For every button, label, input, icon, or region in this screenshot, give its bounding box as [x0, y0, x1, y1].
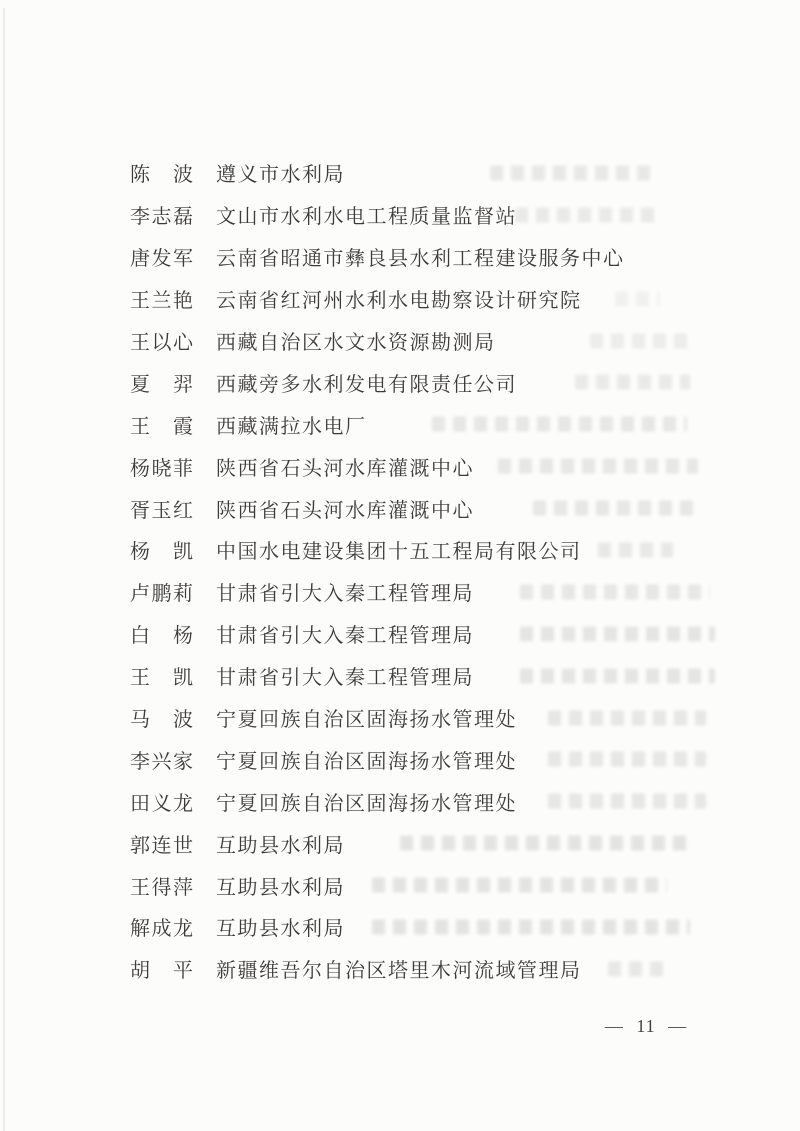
organization-name: 西藏满拉水电厂 — [216, 410, 367, 439]
roster-row: 李兴家 宁夏回族自治区固海扬水管理处 — [0, 738, 800, 780]
organization-name: 互助县水利局 — [216, 829, 345, 858]
organization-name: 陕西省石头河水库灌溉中心 — [216, 494, 474, 523]
award-roster-list: 陈 波 遵义市水利局 李志磊 文山市水利水电工程质量监督站 唐发军 云南省昭通市… — [0, 152, 800, 990]
bleedthrough-artifact — [598, 542, 673, 557]
bleedthrough-artifact — [520, 584, 710, 599]
roster-row: 解成龙 互助县水利局 — [0, 906, 800, 948]
organization-name: 甘肃省引大入秦工程管理局 — [216, 661, 474, 690]
bleedthrough-artifact — [575, 375, 690, 390]
document-page: 陈 波 遵义市水利局 李志磊 文山市水利水电工程质量监督站 唐发军 云南省昭通市… — [0, 0, 800, 1131]
roster-row: 王 凯 甘肃省引大入秦工程管理局 — [0, 655, 800, 697]
roster-row: 李志磊 文山市水利水电工程质量监督站 — [0, 194, 800, 236]
person-name: 胥玉红 — [130, 494, 199, 523]
person-name: 李兴家 — [130, 745, 199, 774]
roster-row: 胥玉红 陕西省石头河水库灌溉中心 — [0, 487, 800, 529]
organization-name: 宁夏回族自治区固海扬水管理处 — [216, 745, 517, 774]
organization-name: 新疆维吾尔自治区塔里木河流域管理局 — [216, 954, 582, 983]
organization-name: 云南省红河州水利水电勘察设计研究院 — [216, 284, 582, 313]
person-name: 王 凯 — [130, 661, 199, 690]
bleedthrough-artifact — [432, 417, 687, 432]
roster-row: 白 杨 甘肃省引大入秦工程管理局 — [0, 613, 800, 655]
person-name: 王得萍 — [130, 871, 199, 900]
bleedthrough-artifact — [515, 207, 660, 222]
roster-row: 王得萍 互助县水利局 — [0, 864, 800, 906]
page-number: — 11 — — [598, 1016, 694, 1037]
bleedthrough-artifact — [590, 333, 690, 348]
bleedthrough-artifact — [533, 501, 698, 516]
person-name: 田义龙 — [130, 787, 199, 816]
person-name: 陈 波 — [130, 158, 199, 187]
person-name: 王 霞 — [130, 410, 199, 439]
person-name: 李志磊 — [130, 200, 199, 229]
person-name: 唐发军 — [130, 242, 199, 271]
roster-row: 胡 平 新疆维吾尔自治区塔里木河流域管理局 — [0, 948, 800, 990]
person-name: 卢鹏莉 — [130, 577, 199, 606]
person-name: 王以心 — [130, 326, 199, 355]
bleedthrough-artifact — [498, 459, 698, 474]
roster-row: 王 霞 西藏满拉水电厂 — [0, 403, 800, 445]
person-name: 胡 平 — [130, 954, 199, 983]
person-name: 杨晓菲 — [130, 452, 199, 481]
organization-name: 陕西省石头河水库灌溉中心 — [216, 452, 474, 481]
organization-name: 宁夏回族自治区固海扬水管理处 — [216, 703, 517, 732]
bleedthrough-artifact — [548, 752, 706, 767]
person-name: 郭连世 — [130, 829, 199, 858]
person-name: 王兰艳 — [130, 284, 199, 313]
roster-row: 郭连世 互助县水利局 — [0, 822, 800, 864]
person-name: 解成龙 — [130, 912, 199, 941]
person-name: 夏 羿 — [130, 368, 199, 397]
roster-row: 王以心 西藏自治区水文水资源勘测局 — [0, 320, 800, 362]
organization-name: 中国水电建设集团十五工程局有限公司 — [216, 535, 582, 564]
organization-name: 文山市水利水电工程质量监督站 — [216, 200, 517, 229]
roster-row: 王兰艳 云南省红河州水利水电勘察设计研究院 — [0, 278, 800, 320]
bleedthrough-artifact — [548, 794, 706, 809]
bleedthrough-artifact — [548, 710, 706, 725]
roster-row: 陈 波 遵义市水利局 — [0, 152, 800, 194]
organization-name: 宁夏回族自治区固海扬水管理处 — [216, 787, 517, 816]
bleedthrough-artifact — [608, 961, 670, 976]
roster-row: 马 波 宁夏回族自治区固海扬水管理处 — [0, 697, 800, 739]
person-name: 马 波 — [130, 703, 199, 732]
organization-name: 云南省昭通市彝良县水利工程建设服务中心 — [216, 242, 625, 271]
bleedthrough-artifact — [490, 165, 655, 180]
bleedthrough-artifact — [615, 291, 660, 306]
person-name: 白 杨 — [130, 619, 199, 648]
organization-name: 遵义市水利局 — [216, 158, 345, 187]
organization-name: 互助县水利局 — [216, 912, 345, 941]
bleedthrough-artifact — [372, 878, 667, 893]
bleedthrough-artifact — [400, 836, 690, 851]
bleedthrough-artifact — [520, 668, 715, 683]
roster-row: 田义龙 宁夏回族自治区固海扬水管理处 — [0, 780, 800, 822]
bleedthrough-artifact — [372, 919, 690, 934]
bleedthrough-artifact — [520, 626, 715, 641]
roster-row: 杨晓菲 陕西省石头河水库灌溉中心 — [0, 445, 800, 487]
roster-row: 唐发军 云南省昭通市彝良县水利工程建设服务中心 — [0, 236, 800, 278]
roster-row: 杨 凯 中国水电建设集团十五工程局有限公司 — [0, 529, 800, 571]
person-name: 杨 凯 — [130, 535, 199, 564]
organization-name: 互助县水利局 — [216, 871, 345, 900]
organization-name: 甘肃省引大入秦工程管理局 — [216, 619, 474, 648]
organization-name: 甘肃省引大入秦工程管理局 — [216, 577, 474, 606]
roster-row: 夏 羿 西藏旁多水利发电有限责任公司 — [0, 361, 800, 403]
organization-name: 西藏旁多水利发电有限责任公司 — [216, 368, 517, 397]
roster-row: 卢鹏莉 甘肃省引大入秦工程管理局 — [0, 571, 800, 613]
organization-name: 西藏自治区水文水资源勘测局 — [216, 326, 496, 355]
